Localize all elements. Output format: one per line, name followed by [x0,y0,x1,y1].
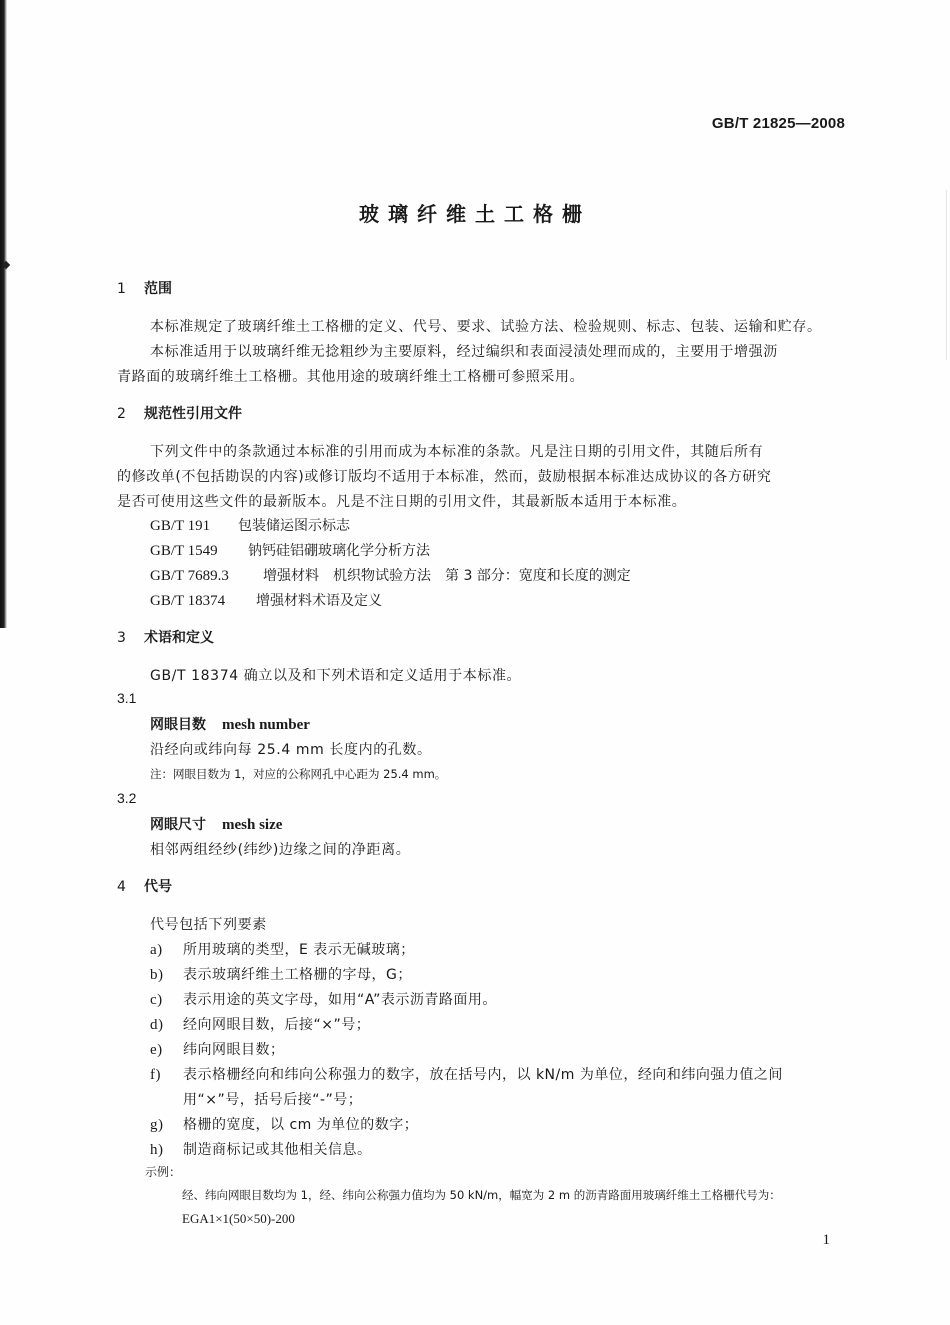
section-number: 1 [117,281,144,297]
list-label: e) [150,1042,183,1059]
paragraph: 本标准规定了玻璃纤维土工格栅的定义、代号、要求、试验方法、检验规则、标志、包装、… [150,316,822,336]
term-heading: 网眼尺寸mesh size [150,814,282,834]
paragraph: 的修改单(不包括勘误的内容)或修订版均不适用于本标准，然而，鼓励根据本标准达成协… [117,466,772,486]
section-2-heading: 2规范性引用文件 [117,403,242,423]
reference-code: GB/T 7689.3 [150,568,263,585]
list-text: 表示用途的英文字母，如用“A”表示沥青路面用。 [183,992,497,1008]
paragraph: 青路面的玻璃纤维土工格栅。其他用途的玻璃纤维土工格栅可参照采用。 [117,366,584,386]
section-title: 范围 [144,281,172,297]
list-text: 所用玻璃的类型，E 表示无碱玻璃； [183,942,415,958]
list-item: g)格栅的宽度，以 cm 为单位的数字； [150,1114,418,1134]
term-heading: 网眼目数mesh number [150,714,310,734]
paragraph: 下列文件中的条款通过本标准的引用而成为本标准的条款。凡是注日期的引用文件，其随后… [150,441,763,461]
term-definition: 相邻两组经纱(纬纱)边缘之间的净距离。 [150,839,410,859]
list-label: g) [150,1117,183,1134]
list-label: b) [150,967,183,984]
list-item-continuation: 用“×”号，括号后接“-”号； [183,1089,362,1109]
section-title: 代号 [144,879,172,895]
list-item: c)表示用途的英文字母，如用“A”表示沥青路面用。 [150,989,497,1009]
section-number: 3 [117,630,144,646]
section-number: 2 [117,406,144,422]
scan-mark [2,261,10,269]
term-zh: 网眼目数 [150,717,206,733]
reference-title: 增强材料术语及定义 [256,593,382,609]
reference-code: GB/T 18374 [150,593,256,610]
list-label: d) [150,1017,183,1034]
paragraph: 是否可使用这些文件的最新版本。凡是不注日期的引用文件，其最新版本适用于本标准。 [117,491,686,511]
scan-edge-artifact [0,0,7,628]
list-label: h) [150,1142,183,1159]
example-label: 示例： [145,1163,181,1180]
term-definition: 沿经向或纬向每 25.4 mm 长度内的孔数。 [150,739,432,759]
list-item: a)所用玻璃的类型，E 表示无碱玻璃； [150,939,415,959]
reference-code: GB/T 1549 [150,543,248,560]
term-number: 3.2 [117,790,136,806]
list-label: c) [150,992,183,1009]
term-en: mesh size [222,817,282,833]
section-number: 4 [117,879,144,895]
list-text: 经向网眼目数，后接“×”号； [183,1017,370,1033]
reference-item: GB/T 18374增强材料术语及定义 [150,590,382,610]
list-text: 表示玻璃纤维土工格栅的字母，G； [183,967,412,983]
reference-title: 钠钙硅铝硼玻璃化学分析方法 [248,543,430,559]
list-item: b)表示玻璃纤维土工格栅的字母，G； [150,964,412,984]
term-number: 3.1 [117,690,136,706]
list-label: f) [150,1067,183,1084]
term-zh: 网眼尺寸 [150,817,206,833]
list-text: 制造商标记或其他相关信息。 [183,1142,372,1158]
page-number: 1 [823,1232,831,1249]
example-text: 经、纬向网眼目数均为 1，经、纬向公称强力值均为 50 kN/m，幅宽为 2 m… [182,1187,781,1203]
list-item: h)制造商标记或其他相关信息。 [150,1139,372,1159]
list-item: e)纬向网眼目数； [150,1039,285,1059]
list-text: 格栅的宽度，以 cm 为单位的数字； [183,1117,418,1133]
reference-title: 包装储运图示标志 [238,518,350,534]
reference-item: GB/T 7689.3增强材料 机织物试验方法 第 3 部分：宽度和长度的测定 [150,565,631,585]
section-intro: 代号包括下列要素 [150,914,267,934]
section-title: 规范性引用文件 [144,406,242,422]
section-4-heading: 4代号 [117,876,172,896]
section-title: 术语和定义 [144,630,214,646]
reference-item: GB/T 1549钠钙硅铝硼玻璃化学分析方法 [150,540,430,560]
reference-code: GB/T 191 [150,518,238,535]
list-label: a) [150,942,183,959]
list-item: d)经向网眼目数，后接“×”号； [150,1014,370,1034]
list-text: 表示格栅经向和纬向公称强力的数字，放在括号内，以 kN/m 为单位，经向和纬向强… [183,1067,783,1083]
document-title: 玻璃纤维土工格栅 [0,198,950,227]
reference-item: GB/T 191包装储运图示标志 [150,515,350,535]
section-intro: GB/T 18374 确立以及和下列术语和定义适用于本标准。 [150,665,521,685]
list-item: f)表示格栅经向和纬向公称强力的数字，放在括号内，以 kN/m 为单位，经向和纬… [150,1064,783,1084]
term-note: 注：网眼目数为 1，对应的公称网孔中心距为 25.4 mm。 [150,766,446,782]
section-1-heading: 1范围 [117,278,172,298]
reference-title: 增强材料 机织物试验方法 第 3 部分：宽度和长度的测定 [263,568,631,584]
paragraph: 本标准适用于以玻璃纤维无捻粗纱为主要原料，经过编织和表面浸渍处理而成的，主要用于… [150,341,778,361]
section-3-heading: 3术语和定义 [117,627,214,647]
standard-code: GB/T 21825—2008 [712,115,845,132]
term-en: mesh number [222,717,310,733]
example-code: EGA1×1(50×50)-200 [182,1211,295,1227]
list-text: 纬向网眼目数； [183,1042,285,1058]
